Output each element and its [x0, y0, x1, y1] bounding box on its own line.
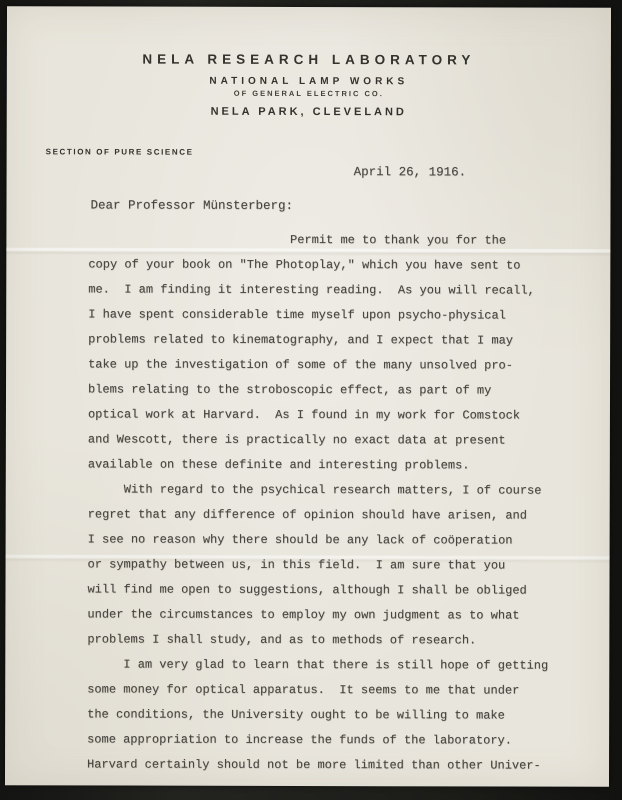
- letter-line: Harvard certainly should not be more lim…: [87, 752, 567, 778]
- letter-line: I have spent considerable time myself up…: [88, 302, 568, 328]
- letter-line: the conditions, the University ought to …: [87, 702, 567, 728]
- letter-line: With regard to the psychical research ma…: [88, 477, 568, 503]
- lab-name: NELA RESEARCH LABORATORY: [7, 51, 611, 68]
- letter-line: copy of your book on "The Photoplay," wh…: [88, 252, 568, 278]
- letter-line: I see no reason why there should be any …: [88, 527, 568, 553]
- scan-background: NELA RESEARCH LABORATORY NATIONAL LAMP W…: [0, 0, 622, 800]
- letter-line: problems I shall study, and as to method…: [87, 627, 567, 653]
- letter-line: I am very glad to learn that there is st…: [87, 652, 567, 678]
- letter-line: under the circumstances to employ my own…: [87, 602, 567, 628]
- date-line: April 26, 1916.: [354, 165, 467, 179]
- section-label: SECTION OF PURE SCIENCE: [46, 147, 194, 156]
- letter-line: optical work at Harvard. As I found in m…: [88, 402, 568, 428]
- letter-line: regret that any difference of opinion sh…: [88, 502, 568, 528]
- letter-paper: NELA RESEARCH LABORATORY NATIONAL LAMP W…: [5, 6, 611, 787]
- letter-line: will find me open to suggestions, althou…: [87, 577, 567, 603]
- salutation: Dear Professor Münsterberg:: [90, 198, 293, 213]
- letter-body: Permit me to thank you for the copy of y…: [87, 227, 568, 778]
- letter-line: some money for optical apparatus. It see…: [87, 677, 567, 703]
- letter-line: available on these definite and interest…: [88, 452, 568, 478]
- letter-line: and Wescott, there is practically no exa…: [88, 427, 568, 453]
- letter-line: take up the investigation of some of the…: [88, 352, 568, 378]
- letter-line: Permit me to thank you for the: [88, 227, 568, 253]
- letter-line: problems related to kinematography, and …: [88, 327, 568, 353]
- company-name: OF GENERAL ELECTRIC CO.: [7, 88, 611, 99]
- letter-line: some appropriation to increase the funds…: [87, 727, 567, 753]
- location-line: NELA PARK, CLEVELAND: [7, 105, 611, 119]
- letter-line: or sympathy between us, in this field. I…: [88, 552, 568, 578]
- letter-line: me. I am finding it interesting reading.…: [88, 277, 568, 303]
- letterhead: NELA RESEARCH LABORATORY NATIONAL LAMP W…: [7, 51, 611, 119]
- letter-line: blems relating to the stroboscopic effec…: [88, 377, 568, 403]
- works-name: NATIONAL LAMP WORKS: [7, 75, 611, 88]
